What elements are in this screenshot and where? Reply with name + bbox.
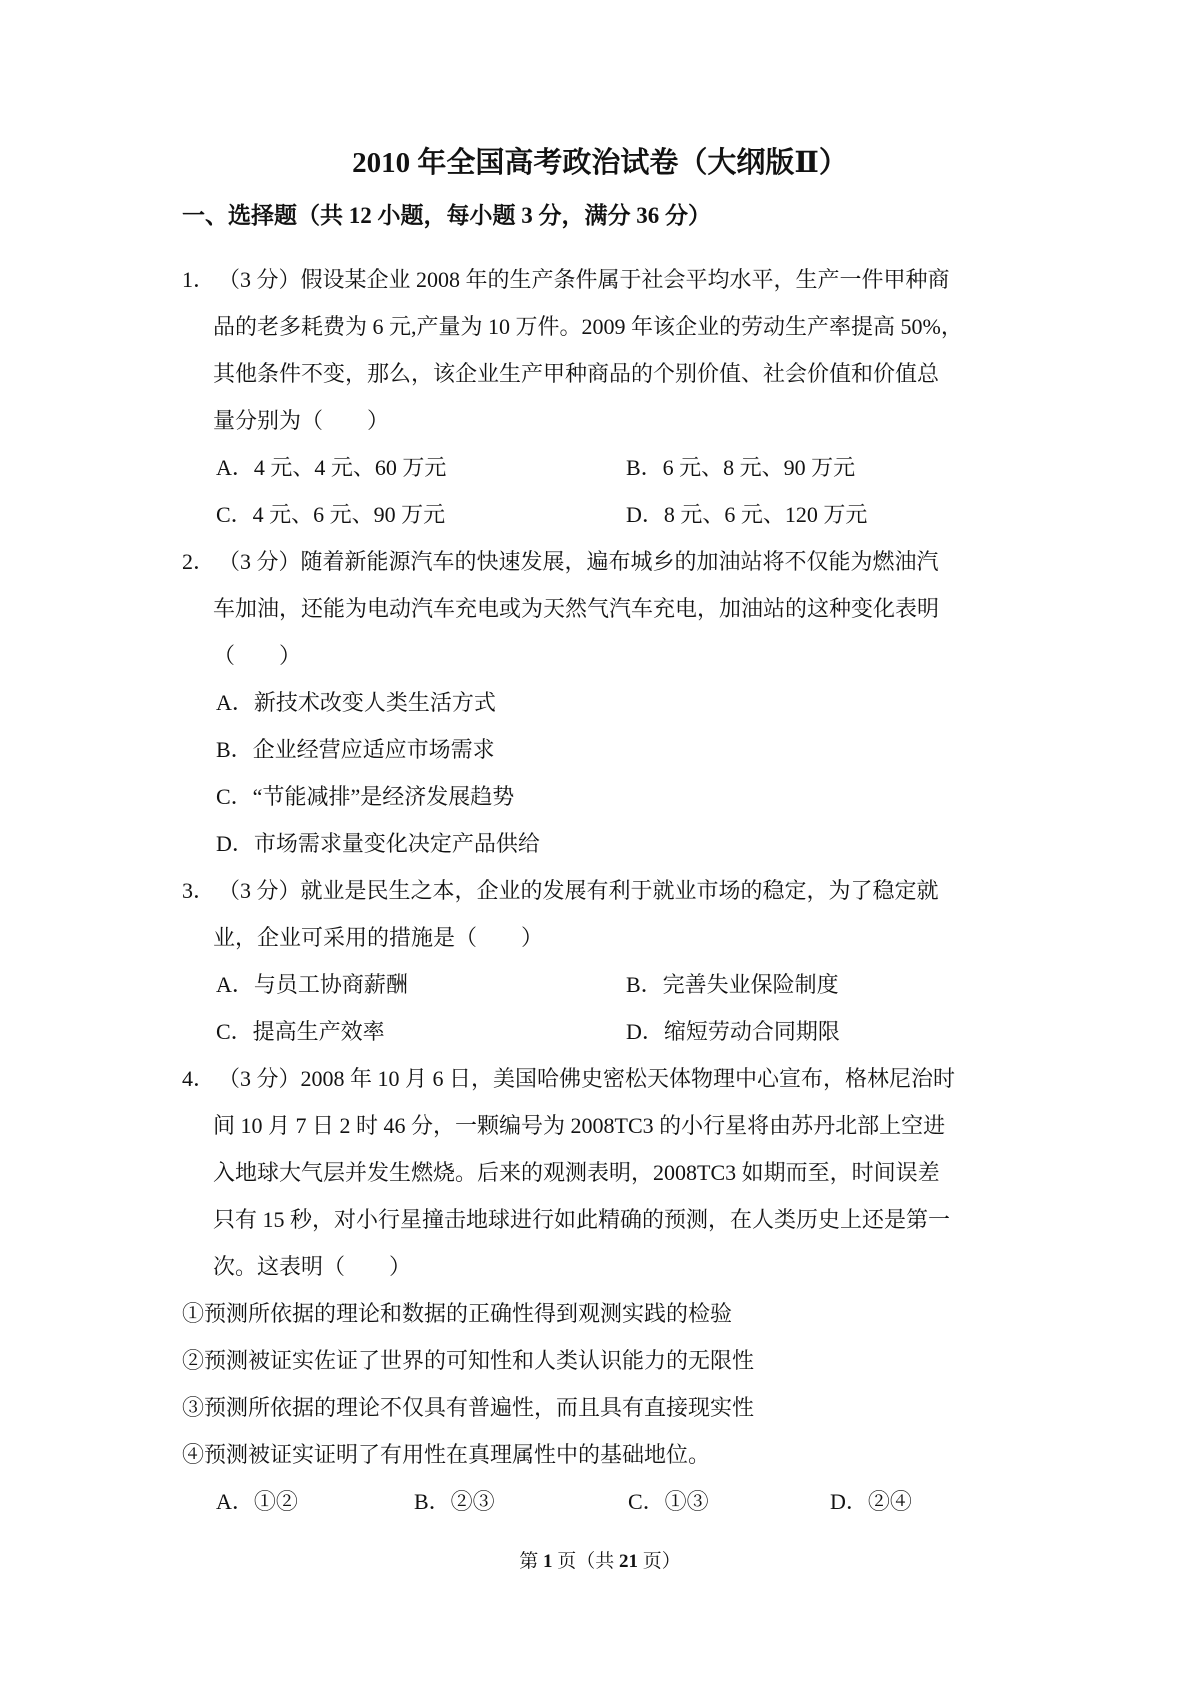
page-title: 2010 年全国高考政治试卷（大纲版Ⅱ） <box>0 143 1200 183</box>
question-3-stem-line-1: 3．（3 分）就业是民生之本，企业的发展有利于就业市场的稳定，为了稳定就 <box>182 867 1062 914</box>
question-4-stem-text: （3 分）2008 年 10 月 6 日，美国哈佛史密松天体物理中心宣布，格林尼… <box>218 1066 955 1091</box>
question-4-option-A: A．①② <box>216 1478 298 1525</box>
question-2-number: 2． <box>182 538 218 585</box>
question-2-stem-line-3: （ ） <box>182 632 1062 679</box>
question-3: 3．（3 分）就业是民生之本，企业的发展有利于就业市场的稳定，为了稳定就业，企业… <box>182 867 1062 1055</box>
question-3-option-row-2: C．提高生产效率D．缩短劳动合同期限 <box>182 1008 1062 1055</box>
question-4-statement-1: ①预测所依据的理论和数据的正确性得到观测实践的检验 <box>182 1290 1062 1337</box>
question-3-option-C: C．提高生产效率 <box>216 1008 385 1055</box>
question-4-option-C: C．①③ <box>628 1478 709 1525</box>
question-1-option-A: A．4 元、4 元、60 万元 <box>216 444 446 491</box>
questions-container: 1．（3 分）假设某企业 2008 年的生产条件属于社会平均水平，生产一件甲种商… <box>182 256 1062 1525</box>
question-3-option-row-1: A．与员工协商薪酬B．完善失业保险制度 <box>182 961 1062 1008</box>
question-2: 2．（3 分）随着新能源汽车的快速发展，遍布城乡的加油站将不仅能为燃油汽车加油，… <box>182 538 1062 867</box>
question-1-stem-line-3: 其他条件不变，那么，该企业生产甲种商品的个别价值、社会价值和价值总 <box>182 350 1062 397</box>
question-4-statement-2: ②预测被证实佐证了世界的可知性和人类认识能力的无限性 <box>182 1337 1062 1384</box>
question-1-option-C: C．4 元、6 元、90 万元 <box>216 491 445 538</box>
question-3-stem-line-2: 业，企业可采用的措施是（ ） <box>182 914 1062 961</box>
question-1-number: 1． <box>182 256 218 303</box>
footer-total-pages: 21 <box>619 1551 638 1572</box>
question-4-option-B: B．②③ <box>414 1478 495 1525</box>
question-3-number: 3． <box>182 867 218 914</box>
question-2-option-B: B．企业经营应适应市场需求 <box>216 726 495 773</box>
question-2-option-D: D．市场需求量变化决定产品供给 <box>216 820 540 867</box>
question-2-option-row-1: A．新技术改变人类生活方式 <box>182 679 1062 726</box>
question-2-stem-line-1: 2．（3 分）随着新能源汽车的快速发展，遍布城乡的加油站将不仅能为燃油汽 <box>182 538 1062 585</box>
question-1-stem-line-4: 量分别为（ ） <box>182 397 1062 444</box>
question-3-option-B: B．完善失业保险制度 <box>626 961 839 1008</box>
page-footer: 第 1 页（共 21 页） <box>0 1547 1200 1577</box>
question-3-option-A: A．与员工协商薪酬 <box>216 961 408 1008</box>
question-4-stem-line-4: 只有 15 秒，对小行星撞击地球进行如此精确的预测，在人类历史上还是第一 <box>182 1196 1062 1243</box>
question-2-stem-text: （3 分）随着新能源汽车的快速发展，遍布城乡的加油站将不仅能为燃油汽 <box>218 549 939 574</box>
question-2-option-A: A．新技术改变人类生活方式 <box>216 679 496 726</box>
question-1-option-row-2: C．4 元、6 元、90 万元D．8 元、6 元、120 万元 <box>182 491 1062 538</box>
question-4-stem-line-2: 间 10 月 7 日 2 时 46 分，一颗编号为 2008TC3 的小行星将由… <box>182 1102 1062 1149</box>
question-4-stem-line-5: 次。这表明（ ） <box>182 1243 1062 1290</box>
question-2-option-row-3: C．“节能减排”是经济发展趋势 <box>182 773 1062 820</box>
footer-text: 页（共 <box>552 1551 619 1572</box>
question-2-option-row-4: D．市场需求量变化决定产品供给 <box>182 820 1062 867</box>
question-1-stem-line-2: 品的老多耗费为 6 元,产量为 10 万件。2009 年该企业的劳动生产率提高 … <box>182 303 1062 350</box>
question-2-option-row-2: B．企业经营应适应市场需求 <box>182 726 1062 773</box>
question-1-option-row-1: A．4 元、4 元、60 万元B．6 元、8 元、90 万元 <box>182 444 1062 491</box>
question-4-option-D: D．②④ <box>830 1478 912 1525</box>
question-2-stem-line-2: 车加油，还能为电动汽车充电或为天然气汽车充电，加油站的这种变化表明 <box>182 585 1062 632</box>
exam-document-page: 2010 年全国高考政治试卷（大纲版Ⅱ） 一、选择题（共 12 小题，每小题 3… <box>0 0 1200 1698</box>
question-1-stem-line-1: 1．（3 分）假设某企业 2008 年的生产条件属于社会平均水平，生产一件甲种商 <box>182 256 1062 303</box>
section-heading: 一、选择题（共 12 小题，每小题 3 分，满分 36 分） <box>182 199 711 233</box>
footer-text: 页） <box>638 1551 681 1572</box>
question-3-option-D: D．缩短劳动合同期限 <box>626 1008 840 1055</box>
question-4-stem-line-1: 4．（3 分）2008 年 10 月 6 日，美国哈佛史密松天体物理中心宣布，格… <box>182 1055 1062 1102</box>
question-1: 1．（3 分）假设某企业 2008 年的生产条件属于社会平均水平，生产一件甲种商… <box>182 256 1062 538</box>
question-4-number: 4． <box>182 1055 218 1102</box>
question-4: 4．（3 分）2008 年 10 月 6 日，美国哈佛史密松天体物理中心宣布，格… <box>182 1055 1062 1525</box>
question-4-option-row-1: A．①②B．②③C．①③D．②④ <box>182 1478 1062 1525</box>
question-3-stem-text: （3 分）就业是民生之本，企业的发展有利于就业市场的稳定，为了稳定就 <box>218 878 939 903</box>
footer-text: 第 <box>519 1551 543 1572</box>
question-1-stem-text: （3 分）假设某企业 2008 年的生产条件属于社会平均水平，生产一件甲种商 <box>218 267 950 292</box>
question-4-stem-line-3: 入地球大气层并发生燃烧。后来的观测表明，2008TC3 如期而至，时间误差 <box>182 1149 1062 1196</box>
question-4-statement-3: ③预测所依据的理论不仅具有普遍性，而且具有直接现实性 <box>182 1384 1062 1431</box>
question-1-option-B: B．6 元、8 元、90 万元 <box>626 444 855 491</box>
question-2-option-C: C．“节能减排”是经济发展趋势 <box>216 773 514 820</box>
question-1-option-D: D．8 元、6 元、120 万元 <box>626 491 867 538</box>
question-4-statement-4: ④预测被证实证明了有用性在真理属性中的基础地位。 <box>182 1431 1062 1478</box>
